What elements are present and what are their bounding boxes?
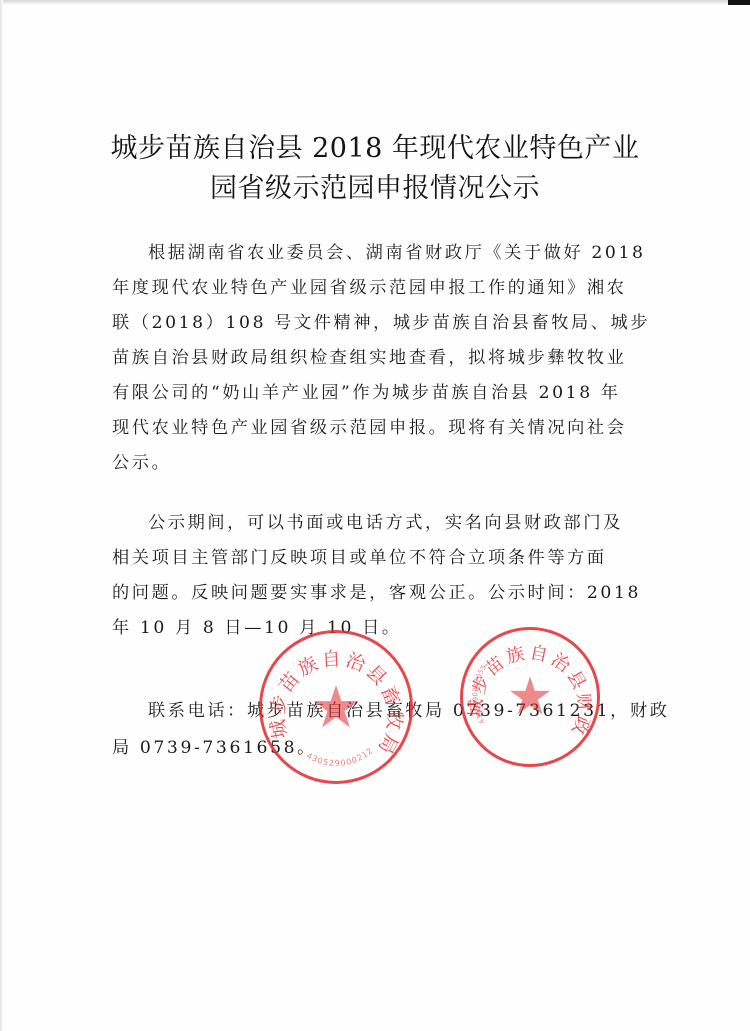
- scan-edge-top: [0, 0, 728, 5]
- svg-text:430529000212: 430529000212: [305, 746, 375, 768]
- paragraph-line: 根据湖南省农业委员会、湖南省财政厅《关于做好 2018: [148, 238, 668, 263]
- paragraph-line: 的问题。反映问题要实事求是，客观公正。公示时间：2018: [112, 578, 632, 603]
- scanned-document-page: 城步苗族自治县 2018 年现代农业特色产业 园省级示范园申报情况公示 根据湖南…: [0, 0, 750, 1031]
- document-title-line-1: 城步苗族自治县 2018 年现代农业特色产业: [0, 126, 750, 165]
- scan-edge-corner: [728, 0, 750, 5]
- star-icon: ★: [507, 671, 554, 723]
- paragraph-line: 公示期间，可以书面或电话方式，实名向县财政部门及: [148, 508, 668, 533]
- paragraph-line: 公示。: [112, 448, 632, 473]
- paragraph-line: 现代农业特色产业园省级示范园申报。现将有关情况向社会: [112, 413, 632, 438]
- official-seal-animal-husbandry-bureau: 城步苗族自治县畜牧局 430529000212 ★: [259, 630, 413, 784]
- paragraph-line: 相关项目主管部门反映项目或单位不符合立项条件等方面: [112, 543, 632, 568]
- document-title-line-2: 园省级示范园申报情况公示: [0, 166, 750, 205]
- paragraph-line: 联（2018）108 号文件精神，城步苗族自治县畜牧局、城步: [112, 308, 632, 333]
- paragraph-line: 有限公司的“奶山羊产业园”作为城步苗族自治县 2018 年: [112, 378, 632, 403]
- paragraph-line: 苗族自治县财政局组织检查组实地查看，拟将城步彝牧牧业: [112, 343, 632, 368]
- official-seal-finance-bureau: 城步苗族自治县财政局 4305290247055 ★: [460, 627, 600, 767]
- star-icon: ★: [310, 678, 362, 736]
- paragraph-line: 年度现代农业特色产业园省级示范园申报工作的通知》湘农: [112, 273, 632, 298]
